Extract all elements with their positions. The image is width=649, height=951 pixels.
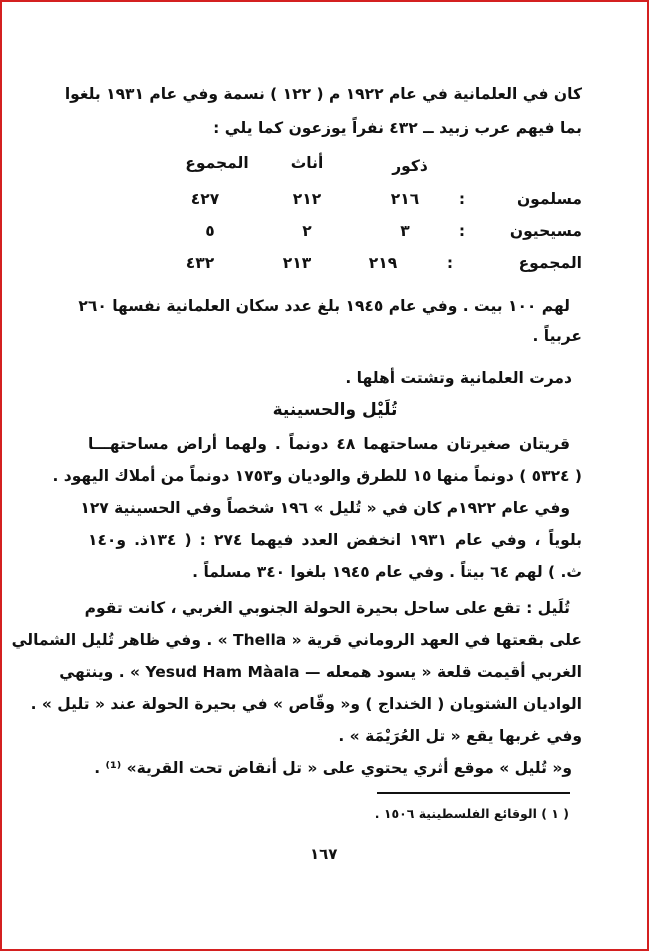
table-header-total: المجموع [182,154,252,172]
footnote-rule [377,792,570,794]
table-cell-total: ٤٢٧ [180,190,230,208]
table-row-label: مسلمون [496,190,582,208]
table-header-male: ذكور [385,157,435,175]
text-line: ( ٥٣٢٤ ) دونماً منها ١٥ للطرق والوديان و… [88,466,582,486]
text-line: الغربي أقيمت قلعة « يسود همعله — Yesud H… [88,662,582,682]
text-line: وفي عام ١٩٢٢م كان في « تُليل » ١٩٦ شخصاً… [88,498,570,518]
section-title: تُلَيْل والحسينية [88,400,582,420]
table-row-label: المجموع [496,254,582,272]
table-row-sep: : [452,222,472,240]
footnote: ( ١ ) الوقائع الفلسطينية ١٥٠٦ . [375,806,569,821]
text-line: كان في العلمانية في عام ١٩٢٢ م ( ١٢٢ ) ن… [88,84,582,104]
table-cell-male: ٢١٦ [380,190,430,208]
text-line: الواديان الشتويان ( الخنداج ) و« وقّاص »… [88,694,582,714]
text-line: تُلَيل : تقع على ساحل بحيرة الحولة الجنو… [88,598,570,618]
table-row-label: مسيحيون [496,222,582,240]
text-line: عربياً . [533,326,582,346]
table-cell-male: ٣ [380,222,430,240]
text-line: دمرت العلمانية وتشتت أهلها . [345,368,572,388]
table-cell-female: ٢١٢ [282,190,332,208]
table-cell-female: ٢ [282,222,332,240]
text-line: ث. ) لهم ٦٤ بيتاً . وفي عام ١٩٤٥ بلغوا ٣… [192,562,582,582]
table-cell-total: ٥ [185,222,235,240]
table-cell-female: ٢١٣ [272,254,322,272]
table-header-female: أناث [282,154,332,172]
text-line: وفي غربها يقع « تل العُرَيْمَة » . [338,726,582,746]
table-cell-total: ٤٣٢ [175,254,225,272]
text-line: قريتان صغيرتان مساحتهما ٤٨ دونماً . ولهم… [88,434,570,454]
table-row-sep: : [452,190,472,208]
page-number: ١٦٧ [310,845,337,863]
text-line: لهم ١٠٠ بيت . وفي عام ١٩٤٥ بلغ عدد سكان … [88,296,570,316]
text-line: على بقعتها في العهد الروماني قرية « Thel… [88,630,582,650]
text-line: بلوياً ، وفي عام ١٩٣١ انخفض العدد فيهما … [88,530,582,550]
table-row-sep: : [440,254,460,272]
table-cell-male: ٢١٩ [358,254,408,272]
text-line: بما فيهم عرب زبيد ــ ٤٣٢ نفراً يوزعون كم… [213,118,582,138]
text-line: و« تُليل » موقع أثري يحتوي على « تل أنقا… [94,758,572,778]
